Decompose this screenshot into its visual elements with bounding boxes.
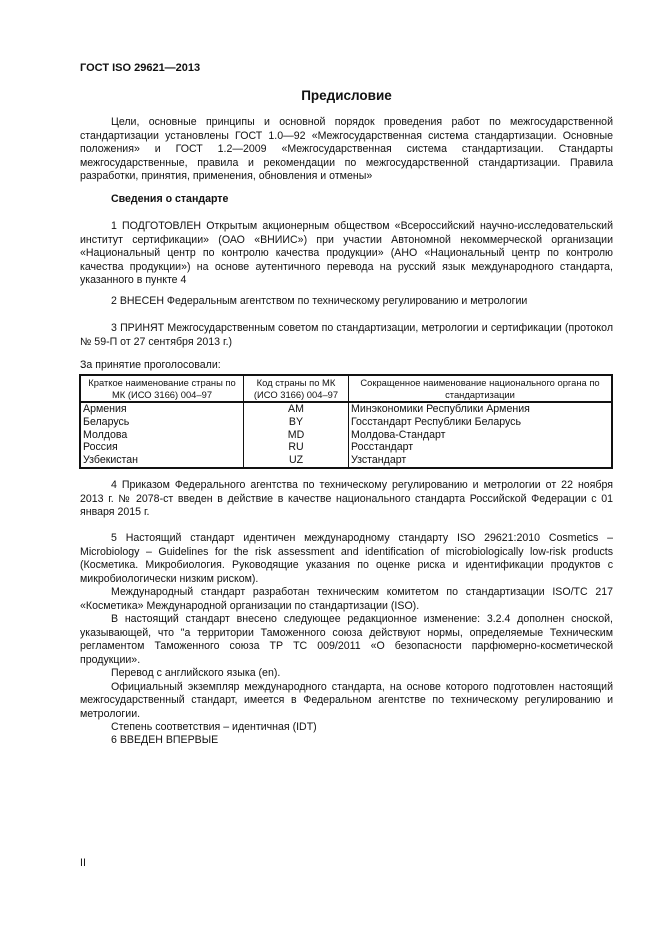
table-row: Россия RU Росстандарт [80, 441, 612, 454]
votes-table: Краткое наименование страны по МК (ИСО 3… [79, 374, 613, 469]
item-5-para-4: Перевод с английского языка (en). [80, 667, 613, 681]
votes-table-header-row: Краткое наименование страны по МК (ИСО 3… [80, 375, 612, 402]
country-name: Молдова [80, 429, 244, 442]
votes-label: За принятие проголосовали: [80, 359, 221, 371]
intro-text: Цели, основные принципы и основной поряд… [80, 116, 613, 184]
country-code: UZ [244, 454, 349, 468]
header-standards-body: Сокращенное наименование национального о… [349, 375, 613, 402]
country-code: RU [244, 441, 349, 454]
header-country-code: Код страны по МК (ИСО 3166) 004–97 [244, 375, 349, 402]
item-3: 3 ПРИНЯТ Межгосударственным советом по с… [80, 322, 613, 349]
item-4: 4 Приказом Федерального агентства по тех… [80, 479, 613, 520]
country-name: Армения [80, 402, 244, 416]
page-title: Предисловие [80, 88, 613, 103]
item-4-text: 4 Приказом Федерального агентства по тех… [80, 479, 613, 520]
header-country-name: Краткое наименование страны по МК (ИСО 3… [80, 375, 244, 402]
intro-paragraph: Цели, основные принципы и основной поряд… [80, 116, 613, 184]
table-row: Молдова MD Молдова-Стандарт [80, 429, 612, 442]
standards-body: Узстандарт [349, 454, 613, 468]
item-5-para-3: В настоящий стандарт внесено следующее р… [80, 613, 613, 667]
country-name: Россия [80, 441, 244, 454]
country-code: MD [244, 429, 349, 442]
standards-body: Госстандарт Республики Беларусь [349, 416, 613, 429]
item-5-para-2: Международный стандарт разработан технич… [80, 586, 613, 613]
table-row: Узбекистан UZ Узстандарт [80, 454, 612, 468]
item-1: 1 ПОДГОТОВЛЕН Открытым акционерным общес… [80, 220, 613, 288]
item-3-text: 3 ПРИНЯТ Межгосударственным советом по с… [80, 322, 613, 349]
standards-body: Росстандарт [349, 441, 613, 454]
document-page: ГОСТ ISO 29621—2013 Предисловие Цели, ос… [0, 0, 661, 935]
page-number: II [80, 857, 86, 869]
item-6: 6 ВВЕДЕН ВПЕРВЫЕ [80, 734, 613, 748]
item-2: 2 ВНЕСЕН Федеральным агентством по техни… [80, 295, 613, 309]
table-row: Армения AM Минэкономики Республики Армен… [80, 402, 612, 416]
document-code: ГОСТ ISO 29621—2013 [80, 62, 200, 74]
item-5-para-6: Степень соответствия – идентичная (IDT) [80, 721, 613, 735]
country-code: AM [244, 402, 349, 416]
item-1-text: 1 ПОДГОТОВЛЕН Открытым акционерным общес… [80, 220, 613, 288]
section-heading: Сведения о стандарте [80, 193, 613, 207]
standards-body: Молдова-Стандарт [349, 429, 613, 442]
table-row: Беларусь BY Госстандарт Республики Белар… [80, 416, 612, 429]
country-name: Узбекистан [80, 454, 244, 468]
country-code: BY [244, 416, 349, 429]
item-6-text: 6 ВВЕДЕН ВПЕРВЫЕ [80, 734, 613, 748]
item-2-text: 2 ВНЕСЕН Федеральным агентством по техни… [80, 295, 613, 309]
item-5-para-1: 5 Настоящий стандарт идентичен междунаро… [80, 532, 613, 586]
standards-body: Минэкономики Республики Армения [349, 402, 613, 416]
country-name: Беларусь [80, 416, 244, 429]
section-heading-wrap: Сведения о стандарте [80, 193, 613, 207]
item-5-para-5: Официальный экземпляр международного ста… [80, 681, 613, 722]
item-5: 5 Настоящий стандарт идентичен междунаро… [80, 532, 613, 735]
